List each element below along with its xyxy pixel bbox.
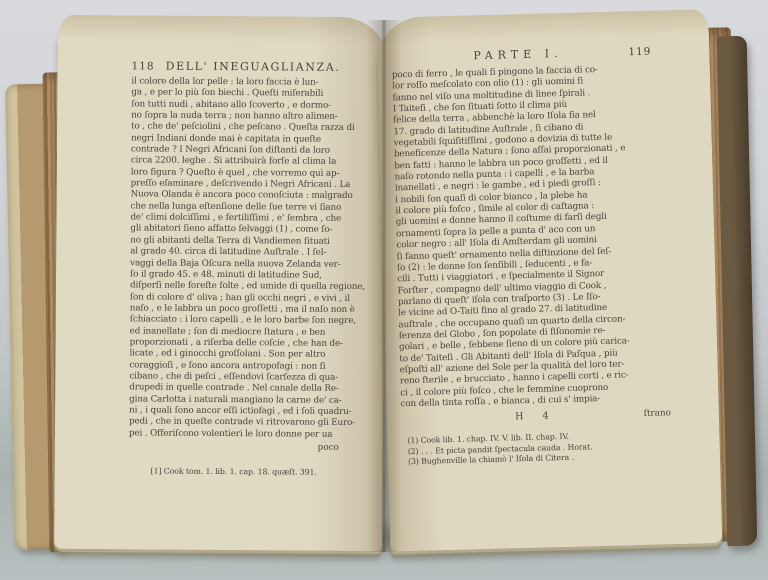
left-catchword-row: poco xyxy=(129,440,339,453)
left-running-title: DELL' INEGUAGLIANZA. xyxy=(155,60,352,74)
left-page: 118 DELL' INEGUAGLIANZA. il colore della… xyxy=(54,15,386,551)
right-running-header: PARTE I. 119 xyxy=(407,45,651,64)
signature-mark: H 4 xyxy=(401,408,671,427)
catchword: poco xyxy=(318,442,339,454)
right-running-title: PARTE I. xyxy=(407,45,628,64)
right-catchword-row: H 4 ſtrano xyxy=(401,408,671,427)
text-line: pei . Offeriſcono volentieri le loro don… xyxy=(129,428,375,441)
right-body-text: poco di ferro , le quali ſi pingono la f… xyxy=(392,64,653,411)
right-footnotes: (1) Cook lib. 1. chap. IV. V. lib. II. c… xyxy=(407,428,720,468)
catchword: ſtrano xyxy=(644,408,672,421)
left-body-text: il colore della lor pelle : la loro facc… xyxy=(129,76,378,441)
book-photo: 118 DELL' INEGUAGLIANZA. il colore della… xyxy=(0,0,768,580)
left-page-number: 118 xyxy=(131,60,154,72)
left-running-header: 118 DELL' INEGUAGLIANZA. xyxy=(131,59,351,74)
right-page-number: 119 xyxy=(628,46,651,59)
left-footnotes: [1] Cook tom. 1. lib. 1. cap. 18. quæſt.… xyxy=(151,467,383,479)
text-line: [1] Cook tom. 1. lib. 1. cap. 18. quæſt.… xyxy=(151,467,383,479)
right-page: PARTE I. 119 poco di ferro , le quali ſi… xyxy=(376,9,722,552)
